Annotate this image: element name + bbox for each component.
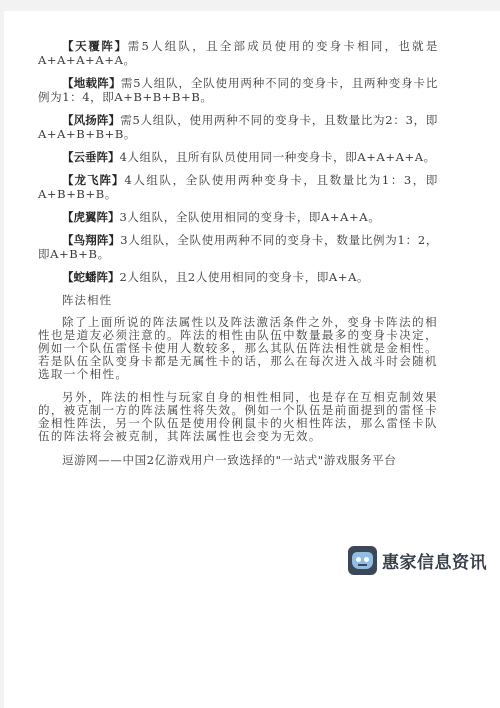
watermark-text: 惠家信息资讯 bbox=[382, 548, 487, 573]
formation-item: 【天覆阵】需5人组队，且全部成员使用的变身卡相同，也就是A+A+A+A+A。 bbox=[38, 39, 438, 67]
formation-name: 【鸟翔阵】 bbox=[62, 233, 120, 247]
document-content: 【天覆阵】需5人组队，且全部成员使用的变身卡相同，也就是A+A+A+A+A。 【… bbox=[38, 39, 438, 467]
formation-item: 【蛇蟠阵】2人组队，且2人使用相同的变身卡，即A+A。 bbox=[38, 270, 438, 284]
formation-name: 【地载阵】 bbox=[62, 76, 121, 90]
formation-name: 【龙飞阵】 bbox=[62, 173, 124, 187]
footer-slogan: 逗游网——中国2亿游戏用户一致选择的"一站式"游戏服务平台 bbox=[38, 453, 438, 467]
formation-item: 【云垂阵】4人组队，且所有队员使用同一种变身卡，即A+A+A+A。 bbox=[38, 150, 438, 164]
formation-name: 【虎翼阵】 bbox=[62, 210, 120, 224]
formation-item: 【鸟翔阵】3人组队，全队使用两种不同的变身卡，数量比例为1：2，即A+B+B。 bbox=[38, 233, 438, 261]
document-page: 【天覆阵】需5人组队，且全部成员使用的变身卡相同，也就是A+A+A+A+A。 【… bbox=[4, 11, 500, 708]
watermark: 惠家信息资讯 bbox=[348, 546, 487, 575]
section-heading: 阵法相性 bbox=[38, 293, 438, 307]
formation-item: 【地载阵】需5人组队，全队使用两种不同的变身卡，且两种变身卡比例为1：4，即A+… bbox=[38, 76, 438, 104]
body-paragraph: 除了上面所说的阵法属性以及阵法激活条件之外，变身卡阵法的相性也是道友必须注意的。… bbox=[38, 316, 438, 381]
formation-desc: 2人组队，且2人使用相同的变身卡，即A+A。 bbox=[120, 270, 370, 284]
formation-item: 【虎翼阵】3人组队，全队使用相同的变身卡，即A+A+A。 bbox=[38, 210, 438, 224]
body-paragraph: 另外，阵法的相性与玩家自身的相性相同，也是存在互相克制效果的，被克制一方的阵法属… bbox=[38, 391, 438, 443]
formation-name: 【云垂阵】 bbox=[62, 150, 120, 164]
formation-name: 【蛇蟠阵】 bbox=[62, 270, 120, 284]
formation-item: 【风扬阵】需5人组队，使用两种不同的变身卡，且数量比为2：3，即A+A+B+B+… bbox=[38, 113, 438, 141]
formation-desc: 3人组队，全队使用相同的变身卡，即A+A+A。 bbox=[120, 210, 381, 224]
godot-robot-icon bbox=[348, 546, 377, 575]
formation-name: 【风扬阵】 bbox=[62, 113, 120, 127]
formation-name: 【天覆阵】 bbox=[62, 39, 128, 53]
formation-item: 【龙飞阵】4人组队，全队使用两种变身卡，且数量比为1：3，即A+B+B+B。 bbox=[38, 173, 438, 201]
formation-desc: 4人组队，且所有队员使用同一种变身卡，即A+A+A+A。 bbox=[120, 150, 436, 164]
